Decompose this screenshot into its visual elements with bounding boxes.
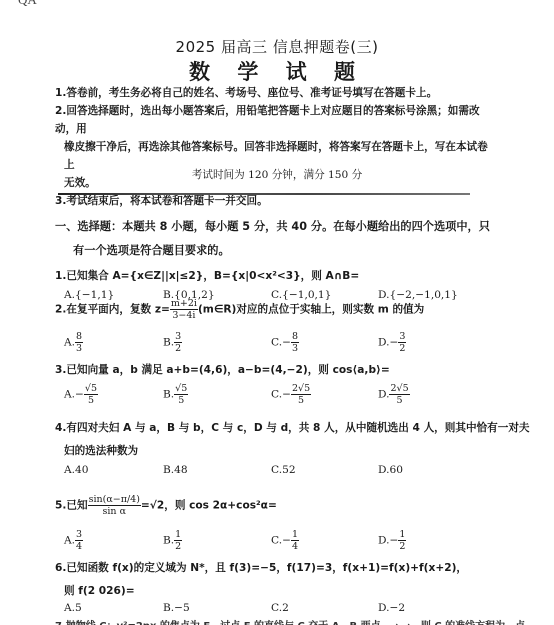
corner-mark: QA bbox=[18, 0, 37, 8]
question-5: 5.已知sin(α−π/4)sin α=√2，则 cos 2α+cos²α= A… bbox=[55, 494, 505, 555]
option-d: D.−32 bbox=[378, 331, 406, 354]
options: A.−√55 B.√55 C.−2√55 D.2√55 bbox=[55, 383, 505, 409]
option-a: A.40 bbox=[64, 464, 89, 476]
option-b: B.48 bbox=[163, 464, 188, 476]
section-heading-line2: 有一个选项是符合题目要求的。 bbox=[55, 239, 505, 263]
question-stem: 5.已知sin(α−π/4)sin α=√2，则 cos 2α+cos²α= bbox=[55, 494, 505, 517]
exam-info: 考试时间为 120 分钟，满分 150 分 bbox=[0, 167, 554, 182]
section-heading-line1: 一、选择题：本题共 8 小题，每小题 5 分，共 40 分。在每小题给出的四个选… bbox=[55, 220, 490, 233]
exam-subtitle: 2025 届高三 信息押题卷(三) bbox=[0, 36, 554, 57]
question-stem: 3.已知向量 a，b 满足 a+b=(4,6)，a−b=(4,−2)，则 cos… bbox=[55, 362, 505, 377]
section-heading: 一、选择题：本题共 8 小题，每小题 5 分，共 40 分。在每小题给出的四个选… bbox=[55, 215, 505, 263]
options: A.83 B.32 C.−83 D.−32 bbox=[55, 331, 505, 357]
question-stem: 4.有四对夫妇 A 与 a，B 与 b，C 与 c，D 与 d，共 8 人，从中… bbox=[55, 420, 505, 458]
option-d: D.−2 bbox=[378, 602, 405, 614]
option-c: C.52 bbox=[271, 464, 296, 476]
option-d: D.−12 bbox=[378, 529, 406, 552]
exam-page: QA 2025 届高三 信息押题卷(三) 数 学 试 题 1.答卷前，考生务必将… bbox=[0, 0, 554, 625]
divider bbox=[58, 193, 470, 195]
option-c: C.−2√55 bbox=[271, 383, 311, 406]
question-stem: 1.已知集合 A={x∈Z||x|≤2}，B={x|0<x²<3}，则 A∩B= bbox=[55, 268, 505, 283]
cut-off-question-7: 7.抛物线 C：y²=2px 的焦点为 F，过点 F 的直线与 C 交于 A，B… bbox=[55, 617, 525, 625]
option-a: A.34 bbox=[64, 529, 83, 552]
instruction-2-line1: 2.回答选择题时，选出每小题答案后，用铅笔把答题卡上对应题目的答案标号涂黑；如需… bbox=[55, 105, 480, 135]
option-d: D.2√55 bbox=[378, 383, 410, 406]
option-b: B.−5 bbox=[163, 602, 190, 614]
instruction-1: 1.答卷前，考生务必将自己的姓名、考场号、座位号、准考证号填写在答题卡上。 bbox=[55, 84, 495, 102]
option-b: B.√55 bbox=[163, 383, 188, 406]
question-2: 2.在复平面内，复数 z=m+2i3−4i(m∈R)对应的点位于实轴上，则实数 … bbox=[55, 298, 505, 357]
option-a: A.−√55 bbox=[64, 383, 98, 406]
options: A.40 B.48 C.52 D.60 bbox=[55, 464, 505, 486]
question-stem: 6.已知函数 f(x)的定义域为 N*，且 f(3)=−5，f(17)=3，f(… bbox=[55, 560, 505, 598]
option-c: C.−83 bbox=[271, 331, 299, 354]
question-4: 4.有四对夫妇 A 与 a，B 与 b，C 与 c，D 与 d，共 8 人，从中… bbox=[55, 420, 505, 486]
question-3: 3.已知向量 a，b 满足 a+b=(4,6)，a−b=(4,−2)，则 cos… bbox=[55, 362, 505, 409]
question-stem: 2.在复平面内，复数 z=m+2i3−4i(m∈R)对应的点位于实轴上，则实数 … bbox=[55, 298, 505, 321]
option-c: C.−14 bbox=[271, 529, 299, 552]
option-d: D.60 bbox=[378, 464, 403, 476]
option-b: B.32 bbox=[163, 331, 182, 354]
fraction: m+2i3−4i bbox=[170, 298, 198, 321]
option-c: C.2 bbox=[271, 602, 289, 614]
question-6: 6.已知函数 f(x)的定义域为 N*，且 f(3)=−5，f(17)=3，f(… bbox=[55, 560, 505, 624]
options: A.34 B.12 C.−14 D.−12 bbox=[55, 529, 505, 555]
option-a: A.83 bbox=[64, 331, 83, 354]
option-a: A.5 bbox=[64, 602, 82, 614]
fraction: sin(α−π/4)sin α bbox=[88, 494, 141, 517]
exam-title: 数 学 试 题 bbox=[0, 56, 554, 86]
option-b: B.12 bbox=[163, 529, 182, 552]
instructions: 1.答卷前，考生务必将自己的姓名、考场号、座位号、准考证号填写在答题卡上。 2.… bbox=[55, 84, 495, 210]
